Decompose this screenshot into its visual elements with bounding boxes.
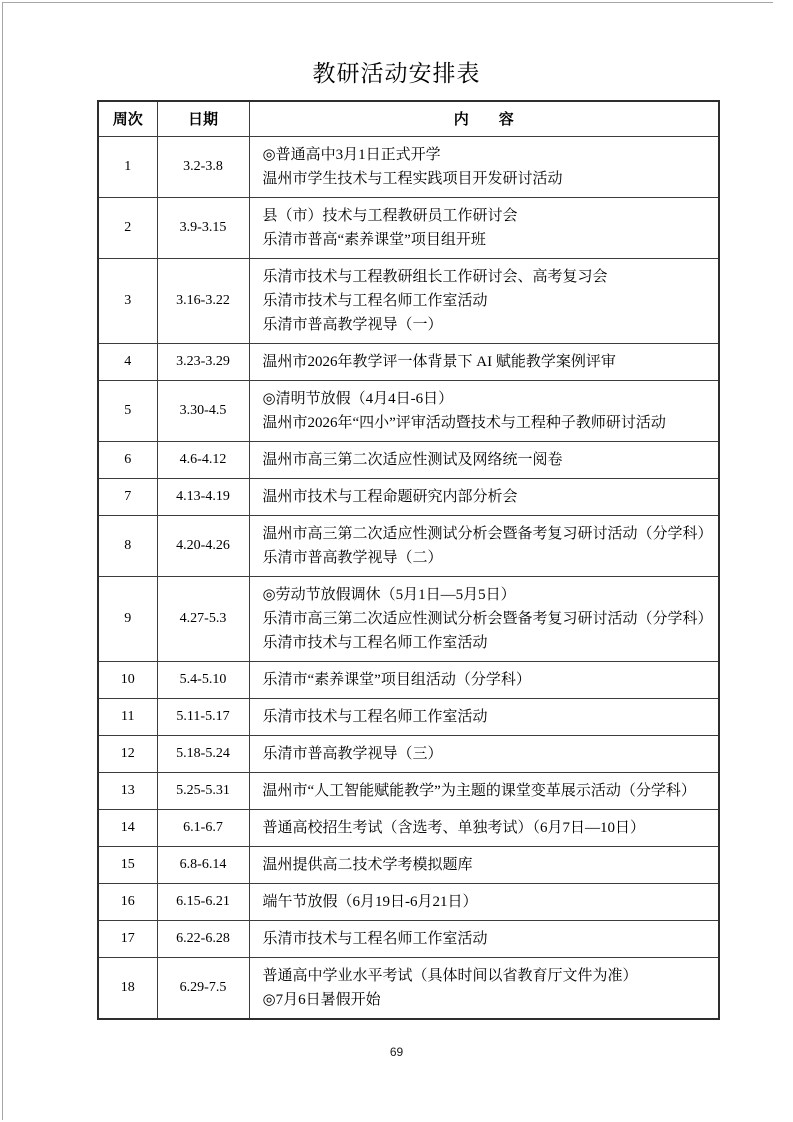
table-row: 3 3.16-3.22 乐清市技术与工程教研组长工作研讨会、高考复习会乐清市技术…	[98, 258, 719, 343]
content-line: 普通高中学业水平考试（具体时间以省教育厅文件为准）	[263, 964, 713, 988]
table-row: 9 4.27-5.3 ◎劳动节放假调休（5月1日—5月5日）乐清市高三第二次适应…	[98, 576, 719, 661]
week-cell: 12	[98, 735, 157, 772]
week-cell: 2	[98, 197, 157, 258]
content-line: 温州市高三第二次适应性测试分析会暨备考复习研讨活动（分学科）	[263, 522, 713, 546]
table-row: 10 5.4-5.10 乐清市“素养课堂”项目组活动（分学科）	[98, 661, 719, 698]
content-line: 温州市学生技术与工程实践项目开发研讨活动	[263, 167, 713, 191]
content-line: ◎劳动节放假调休（5月1日—5月5日）	[263, 583, 713, 607]
week-cell: 5	[98, 380, 157, 441]
content-line: 乐清市技术与工程名师工作室活动	[263, 631, 713, 655]
content-line: 温州市2026年教学评一体背景下 AI 赋能教学案例评审	[263, 350, 713, 374]
date-cell: 3.23-3.29	[157, 343, 249, 380]
content-line: ◎普通高中3月1日正式开学	[263, 143, 713, 167]
content-cell: ◎劳动节放假调休（5月1日—5月5日）乐清市高三第二次适应性测试分析会暨备考复习…	[249, 576, 719, 661]
content-cell: 乐清市“素养课堂”项目组活动（分学科）	[249, 661, 719, 698]
week-cell: 1	[98, 136, 157, 197]
header-week: 周次	[98, 101, 157, 136]
table-row: 2 3.9-3.15 县（市）技术与工程教研员工作研讨会乐清市普高“素养课堂”项…	[98, 197, 719, 258]
content-line: 乐清市高三第二次适应性测试分析会暨备考复习研讨活动（分学科）	[263, 607, 713, 631]
date-cell: 5.25-5.31	[157, 772, 249, 809]
week-cell: 18	[98, 957, 157, 1019]
content-cell: 温州市2026年教学评一体背景下 AI 赋能教学案例评审	[249, 343, 719, 380]
date-cell: 4.6-4.12	[157, 441, 249, 478]
content-cell: 温州市技术与工程命题研究内部分析会	[249, 478, 719, 515]
content-cell: 县（市）技术与工程教研员工作研讨会乐清市普高“素养课堂”项目组开班	[249, 197, 719, 258]
table-row: 13 5.25-5.31 温州市“人工智能赋能教学”为主题的课堂变革展示活动（分…	[98, 772, 719, 809]
content-cell: 端午节放假（6月19日-6月21日）	[249, 883, 719, 920]
table-row: 16 6.15-6.21 端午节放假（6月19日-6月21日）	[98, 883, 719, 920]
week-cell: 4	[98, 343, 157, 380]
table-row: 12 5.18-5.24 乐清市普高教学视导（三）	[98, 735, 719, 772]
content-cell: 普通高中学业水平考试（具体时间以省教育厅文件为准）◎7月6日暑假开始	[249, 957, 719, 1019]
week-cell: 14	[98, 809, 157, 846]
header-content: 内 容	[249, 101, 719, 136]
date-cell: 3.9-3.15	[157, 197, 249, 258]
content-cell: 乐清市技术与工程名师工作室活动	[249, 920, 719, 957]
date-cell: 4.13-4.19	[157, 478, 249, 515]
content-cell: 温州市“人工智能赋能教学”为主题的课堂变革展示活动（分学科）	[249, 772, 719, 809]
content-line: 乐清市“素养课堂”项目组活动（分学科）	[263, 668, 713, 692]
content-line: ◎清明节放假（4月4日-6日）	[263, 387, 713, 411]
content-line: 乐清市技术与工程名师工作室活动	[263, 705, 713, 729]
week-cell: 6	[98, 441, 157, 478]
content-line: 温州市技术与工程命题研究内部分析会	[263, 485, 713, 509]
schedule-table: 周次 日期 内 容 1 3.2-3.8 ◎普通高中3月1日正式开学温州市学生技术…	[97, 100, 720, 1020]
header-date: 日期	[157, 101, 249, 136]
date-cell: 6.29-7.5	[157, 957, 249, 1019]
table-row: 7 4.13-4.19 温州市技术与工程命题研究内部分析会	[98, 478, 719, 515]
content-line: 县（市）技术与工程教研员工作研讨会	[263, 204, 713, 228]
page-edge-left	[2, 2, 3, 1120]
table-header-row: 周次 日期 内 容	[98, 101, 719, 136]
week-cell: 9	[98, 576, 157, 661]
content-line: 温州市“人工智能赋能教学”为主题的课堂变革展示活动（分学科）	[263, 779, 713, 803]
content-line: 乐清市技术与工程教研组长工作研讨会、高考复习会	[263, 265, 713, 289]
content-cell: 乐清市技术与工程名师工作室活动	[249, 698, 719, 735]
page-title: 教研活动安排表	[0, 55, 793, 88]
date-cell: 6.8-6.14	[157, 846, 249, 883]
content-line: 普通高校招生考试（含选考、单独考试）（6月7日—10日）	[263, 816, 713, 840]
date-cell: 3.30-4.5	[157, 380, 249, 441]
week-cell: 8	[98, 515, 157, 576]
content-cell: ◎普通高中3月1日正式开学温州市学生技术与工程实践项目开发研讨活动	[249, 136, 719, 197]
week-cell: 7	[98, 478, 157, 515]
date-cell: 4.20-4.26	[157, 515, 249, 576]
content-cell: 温州市高三第二次适应性测试分析会暨备考复习研讨活动（分学科）乐清市普高教学视导（…	[249, 515, 719, 576]
date-cell: 6.1-6.7	[157, 809, 249, 846]
content-line: 乐清市普高教学视导（一）	[263, 313, 713, 337]
table-row: 1 3.2-3.8 ◎普通高中3月1日正式开学温州市学生技术与工程实践项目开发研…	[98, 136, 719, 197]
week-cell: 13	[98, 772, 157, 809]
table-row: 4 3.23-3.29 温州市2026年教学评一体背景下 AI 赋能教学案例评审	[98, 343, 719, 380]
content-line: 乐清市普高教学视导（三）	[263, 742, 713, 766]
date-cell: 6.22-6.28	[157, 920, 249, 957]
content-line: 乐清市普高“素养课堂”项目组开班	[263, 228, 713, 252]
table-row: 11 5.11-5.17 乐清市技术与工程名师工作室活动	[98, 698, 719, 735]
page-number: 69	[0, 1045, 793, 1059]
date-cell: 5.18-5.24	[157, 735, 249, 772]
date-cell: 5.4-5.10	[157, 661, 249, 698]
content-line: 端午节放假（6月19日-6月21日）	[263, 890, 713, 914]
content-line: ◎7月6日暑假开始	[263, 988, 713, 1012]
content-cell: 乐清市技术与工程教研组长工作研讨会、高考复习会乐清市技术与工程名师工作室活动乐清…	[249, 258, 719, 343]
week-cell: 10	[98, 661, 157, 698]
table-row: 18 6.29-7.5 普通高中学业水平考试（具体时间以省教育厅文件为准）◎7月…	[98, 957, 719, 1019]
content-cell: 温州市高三第二次适应性测试及网络统一阅卷	[249, 441, 719, 478]
date-cell: 3.16-3.22	[157, 258, 249, 343]
content-line: 温州市高三第二次适应性测试及网络统一阅卷	[263, 448, 713, 472]
content-line: 温州市2026年“四小”评审活动暨技术与工程种子教师研讨活动	[263, 411, 713, 435]
content-cell: 温州提供高二技术学考模拟题库	[249, 846, 719, 883]
content-line: 乐清市技术与工程名师工作室活动	[263, 927, 713, 951]
date-cell: 5.11-5.17	[157, 698, 249, 735]
content-cell: ◎清明节放假（4月4日-6日）温州市2026年“四小”评审活动暨技术与工程种子教…	[249, 380, 719, 441]
date-cell: 4.27-5.3	[157, 576, 249, 661]
table-row: 8 4.20-4.26 温州市高三第二次适应性测试分析会暨备考复习研讨活动（分学…	[98, 515, 719, 576]
content-line: 温州提供高二技术学考模拟题库	[263, 853, 713, 877]
table-row: 6 4.6-4.12 温州市高三第二次适应性测试及网络统一阅卷	[98, 441, 719, 478]
content-cell: 普通高校招生考试（含选考、单独考试）（6月7日—10日）	[249, 809, 719, 846]
week-cell: 3	[98, 258, 157, 343]
date-cell: 3.2-3.8	[157, 136, 249, 197]
content-cell: 乐清市普高教学视导（三）	[249, 735, 719, 772]
content-line: 乐清市普高教学视导（二）	[263, 546, 713, 570]
table-row: 15 6.8-6.14 温州提供高二技术学考模拟题库	[98, 846, 719, 883]
content-line: 乐清市技术与工程名师工作室活动	[263, 289, 713, 313]
week-cell: 11	[98, 698, 157, 735]
page-edge-top	[2, 2, 773, 3]
table-row: 14 6.1-6.7 普通高校招生考试（含选考、单独考试）（6月7日—10日）	[98, 809, 719, 846]
week-cell: 15	[98, 846, 157, 883]
week-cell: 17	[98, 920, 157, 957]
week-cell: 16	[98, 883, 157, 920]
date-cell: 6.15-6.21	[157, 883, 249, 920]
table-row: 17 6.22-6.28 乐清市技术与工程名师工作室活动	[98, 920, 719, 957]
table-row: 5 3.30-4.5 ◎清明节放假（4月4日-6日）温州市2026年“四小”评审…	[98, 380, 719, 441]
